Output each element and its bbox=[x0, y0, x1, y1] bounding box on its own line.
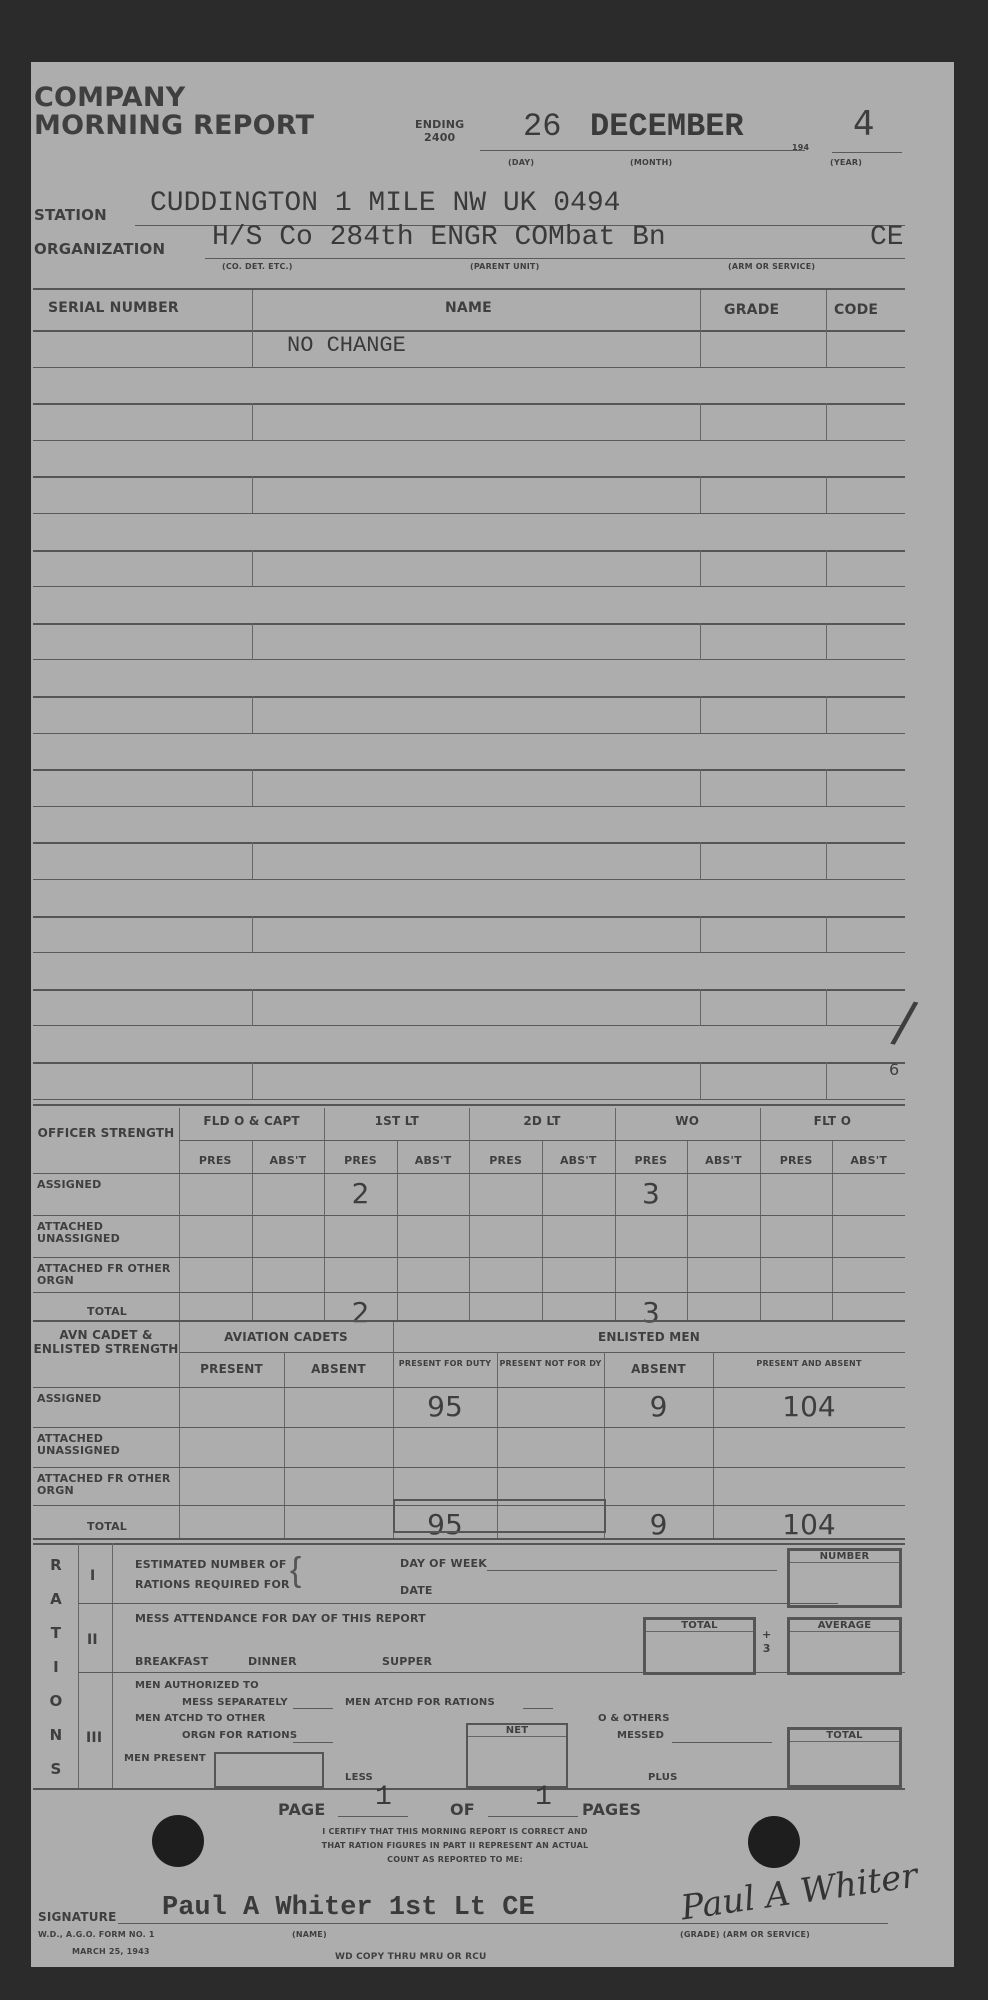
officer-group-header: WO bbox=[615, 1114, 760, 1128]
officer-subheader: PRES bbox=[179, 1154, 252, 1167]
rations-letter: A bbox=[46, 1582, 66, 1616]
enlisted-cell[interactable]: 104 bbox=[713, 1390, 905, 1423]
rations-total-box[interactable]: TOTAL bbox=[787, 1727, 902, 1788]
station-label: STATION bbox=[34, 206, 107, 224]
enlisted-subheader: PRESENT FOR DUTY bbox=[393, 1358, 497, 1369]
row-line bbox=[33, 1025, 905, 1026]
officer-row-label: ATTACHED FR OTHER ORGN bbox=[37, 1263, 177, 1287]
header-code: CODE bbox=[834, 302, 878, 318]
men-present-box[interactable] bbox=[214, 1752, 324, 1788]
enlisted-row-label: ATTACHED FR OTHER ORGN bbox=[37, 1473, 177, 1497]
officer-group-header: FLT O bbox=[760, 1114, 905, 1128]
orgn-for-rations-field[interactable] bbox=[293, 1742, 333, 1743]
enlisted-cell[interactable]: 95 bbox=[393, 1390, 497, 1423]
row-line bbox=[33, 696, 905, 698]
officer-group-header: 1ST LT bbox=[324, 1114, 469, 1128]
rations-letter: T bbox=[46, 1616, 66, 1650]
officer-subheader: ABS'T bbox=[687, 1154, 760, 1167]
header-grade: GRADE bbox=[724, 302, 779, 318]
rations-side-label: RATIONS bbox=[46, 1548, 66, 1786]
enlisted-subheader: PRESENT NOT FOR DY bbox=[497, 1358, 604, 1369]
messed-field[interactable] bbox=[672, 1742, 772, 1743]
enlisted-subheader: PRESENT bbox=[179, 1364, 284, 1375]
officer-row-label: ATTACHED UNASSIGNED bbox=[37, 1221, 177, 1245]
enlisted-row-label: TOTAL bbox=[37, 1521, 177, 1533]
row-line bbox=[33, 476, 905, 478]
rations-letter: O bbox=[46, 1684, 66, 1718]
row-line bbox=[33, 916, 905, 918]
enlisted-strength-title: AVN CADET & ENLISTED STRENGTH bbox=[33, 1328, 179, 1356]
officer-row-label: TOTAL bbox=[37, 1306, 177, 1318]
row-line bbox=[33, 989, 905, 991]
arm-of-service-value: CE bbox=[870, 222, 904, 253]
officer-subheader: ABS'T bbox=[832, 1154, 905, 1167]
aviation-cadets-header: AVIATION CADETS bbox=[179, 1330, 393, 1344]
officer-subheader: PRES bbox=[760, 1154, 833, 1167]
row-line bbox=[33, 403, 905, 405]
organization-value: H/S Co 284th ENGR COMbat Bn bbox=[212, 222, 666, 253]
enlisted-subheader: ABSENT bbox=[284, 1364, 393, 1375]
net-box[interactable]: NET bbox=[466, 1723, 568, 1788]
title-line-2: MORNING REPORT bbox=[34, 112, 314, 140]
total-present-box bbox=[393, 1499, 606, 1533]
officer-subheader: PRES bbox=[469, 1154, 542, 1167]
number-box[interactable]: NUMBER bbox=[787, 1548, 902, 1608]
row-line bbox=[33, 586, 905, 587]
officer-cell[interactable]: 3 bbox=[615, 1177, 688, 1210]
entry-no-change: NO CHANGE bbox=[287, 333, 406, 358]
row-line bbox=[33, 659, 905, 660]
average-box[interactable]: AVERAGE bbox=[787, 1617, 902, 1675]
title-line-1: COMPANY bbox=[34, 84, 314, 112]
row-line bbox=[33, 952, 905, 953]
year-prefix: 194 bbox=[792, 143, 809, 152]
officer-strength-title: OFFICER STRENGTH bbox=[33, 1126, 179, 1140]
signature-typed-name: Paul A Whiter 1st Lt CE bbox=[162, 1893, 535, 1923]
page-number: 1 bbox=[375, 1782, 392, 1813]
officer-subheader: ABS'T bbox=[397, 1154, 470, 1167]
enlisted-cell[interactable]: 9 bbox=[604, 1508, 713, 1541]
station-value: CUDDINGTON 1 MILE NW UK 0494 bbox=[150, 188, 620, 219]
report-day: 26 bbox=[523, 108, 561, 145]
officer-cell[interactable]: 3 bbox=[615, 1296, 688, 1329]
officer-group-header: FLD O & CAPT bbox=[179, 1114, 324, 1128]
row-line bbox=[33, 1099, 905, 1100]
enlisted-men-header: ENLISTED MEN bbox=[393, 1330, 905, 1344]
row-line bbox=[33, 1062, 905, 1064]
ending-label: ENDING 2400 bbox=[415, 118, 464, 144]
officer-subheader: ABS'T bbox=[542, 1154, 615, 1167]
row-line bbox=[33, 440, 905, 441]
enlisted-row-label: ATTACHED UNASSIGNED bbox=[37, 1433, 177, 1457]
punch-hole-left bbox=[152, 1815, 204, 1867]
certification-text: I CERTIFY THAT THIS MORNING REPORT IS CO… bbox=[250, 1825, 660, 1867]
enlisted-subheader: ABSENT bbox=[604, 1364, 713, 1375]
rations-letter: N bbox=[46, 1718, 66, 1752]
row-line bbox=[33, 550, 905, 552]
men-atchd-rations-field[interactable] bbox=[523, 1708, 553, 1709]
enlisted-cell[interactable]: 9 bbox=[604, 1390, 713, 1423]
row-line bbox=[33, 806, 905, 807]
rations-letter: I bbox=[46, 1650, 66, 1684]
report-month: DECEMBER bbox=[590, 108, 744, 145]
enlisted-row-label: ASSIGNED bbox=[37, 1393, 177, 1405]
mess-total-box[interactable]: TOTAL bbox=[643, 1617, 756, 1675]
officer-row-label: ASSIGNED bbox=[37, 1179, 177, 1191]
officer-cell[interactable]: 2 bbox=[324, 1296, 397, 1329]
row-line bbox=[33, 769, 905, 771]
page-total: 1 bbox=[535, 1782, 552, 1813]
row-line bbox=[33, 513, 905, 514]
report-year: 4 bbox=[853, 104, 875, 144]
officer-subheader: ABS'T bbox=[252, 1154, 325, 1167]
officer-subheader: PRES bbox=[615, 1154, 688, 1167]
officer-group-header: 2D LT bbox=[469, 1114, 614, 1128]
form-title: COMPANY MORNING REPORT bbox=[34, 84, 314, 140]
organization-label: ORGANIZATION bbox=[34, 240, 165, 258]
row-line bbox=[33, 879, 905, 880]
margin-mark-6: 6 bbox=[889, 1060, 899, 1079]
punch-hole-right bbox=[748, 1816, 800, 1868]
header-serial-number: SERIAL NUMBER bbox=[48, 300, 179, 316]
enlisted-cell[interactable]: 104 bbox=[713, 1508, 905, 1541]
header-name: NAME bbox=[445, 300, 492, 316]
row-line bbox=[33, 623, 905, 625]
row-line bbox=[33, 367, 905, 368]
enlisted-subheader: PRESENT AND ABSENT bbox=[713, 1358, 905, 1369]
rations-letter: R bbox=[46, 1548, 66, 1582]
mess-separately-field[interactable] bbox=[293, 1708, 333, 1709]
officer-subheader: PRES bbox=[324, 1154, 397, 1167]
row-line bbox=[33, 842, 905, 844]
row-line bbox=[33, 733, 905, 734]
day-of-week-field[interactable] bbox=[487, 1570, 777, 1571]
officer-cell[interactable]: 2 bbox=[324, 1177, 397, 1210]
brace-icon: { bbox=[290, 1551, 301, 1589]
rations-letter: S bbox=[46, 1752, 66, 1786]
